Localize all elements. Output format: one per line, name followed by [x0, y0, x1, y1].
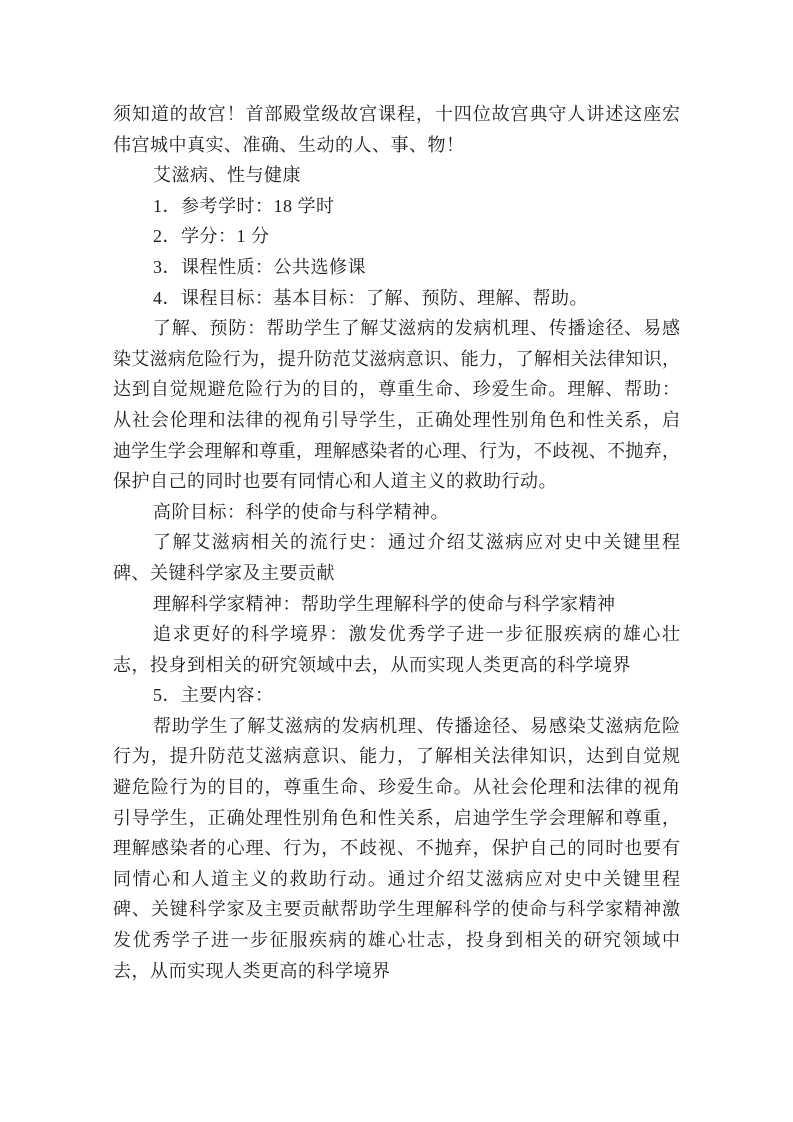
- text-line: 追求更好的科学境界：激发优秀学子进一步征服疾病的雄心壮: [113, 619, 680, 650]
- text-line: 发优秀学子进一步征服疾病的雄心壮志，投身到相关的研究领域中: [113, 925, 680, 956]
- text-line: 染艾滋病危险行为，提升防范艾滋病意识、能力，了解相关法律知识，: [113, 344, 680, 375]
- text-line: 2．学分：1 分: [113, 221, 680, 252]
- document-page: 须知道的故宫！首部殿堂级故宫课程，十四位故宫典守人讲述这座宏伟宫城中真实、准确、…: [0, 0, 793, 1122]
- text-line: 5．主要内容：: [113, 680, 680, 711]
- text-line: 高阶目标：科学的使命与科学精神。: [113, 497, 680, 528]
- text-line: 避危险行为的目的，尊重生命、珍爱生命。从社会伦理和法律的视角: [113, 772, 680, 803]
- text-line: 了解、预防：帮助学生了解艾滋病的发病机理、传播途径、易感: [113, 313, 680, 344]
- document-text-block: 须知道的故宫！首部殿堂级故宫课程，十四位故宫典守人讲述这座宏伟宫城中真实、准确、…: [113, 99, 680, 986]
- text-line: 去，从而实现人类更高的科学境界: [113, 956, 680, 987]
- text-line: 4．课程目标：基本目标：了解、预防、理解、帮助。: [113, 283, 680, 314]
- text-line: 引导学生，正确处理性别角色和性关系，启迪学生学会理解和尊重，: [113, 803, 680, 834]
- text-line: 行为，提升防范艾滋病意识、能力，了解相关法律知识，达到自觉规: [113, 741, 680, 772]
- text-line: 志，投身到相关的研究领域中去，从而实现人类更高的科学境界: [113, 650, 680, 681]
- text-line: 保护自己的同时也要有同情心和人道主义的救助行动。: [113, 466, 680, 497]
- text-line: 了解艾滋病相关的流行史：通过介绍艾滋病应对史中关键里程: [113, 527, 680, 558]
- text-line: 伟宫城中真实、准确、生动的人、事、物！: [113, 130, 680, 161]
- text-line: 碑、关键科学家及主要贡献: [113, 558, 680, 589]
- text-line: 理解科学家精神：帮助学生理解科学的使命与科学家精神: [113, 589, 680, 620]
- text-line: 须知道的故宫！首部殿堂级故宫课程，十四位故宫典守人讲述这座宏: [113, 99, 680, 130]
- text-line: 从社会伦理和法律的视角引导学生，正确处理性别角色和性关系，启: [113, 405, 680, 436]
- text-line: 迪学生学会理解和尊重，理解感染者的心理、行为，不歧视、不抛弃，: [113, 436, 680, 467]
- text-line: 帮助学生了解艾滋病的发病机理、传播途径、易感染艾滋病危险: [113, 711, 680, 742]
- text-line: 同情心和人道主义的救助行动。通过介绍艾滋病应对史中关键里程: [113, 864, 680, 895]
- text-line: 艾滋病、性与健康: [113, 160, 680, 191]
- text-line: 3．课程性质：公共选修课: [113, 252, 680, 283]
- text-line: 理解感染者的心理、行为，不歧视、不抛弃，保护自己的同时也要有: [113, 833, 680, 864]
- text-line: 碑、关键科学家及主要贡献帮助学生理解科学的使命与科学家精神激: [113, 894, 680, 925]
- text-line: 达到自觉规避危险行为的目的，尊重生命、珍爱生命。理解、帮助：: [113, 374, 680, 405]
- text-line: 1．参考学时：18 学时: [113, 191, 680, 222]
